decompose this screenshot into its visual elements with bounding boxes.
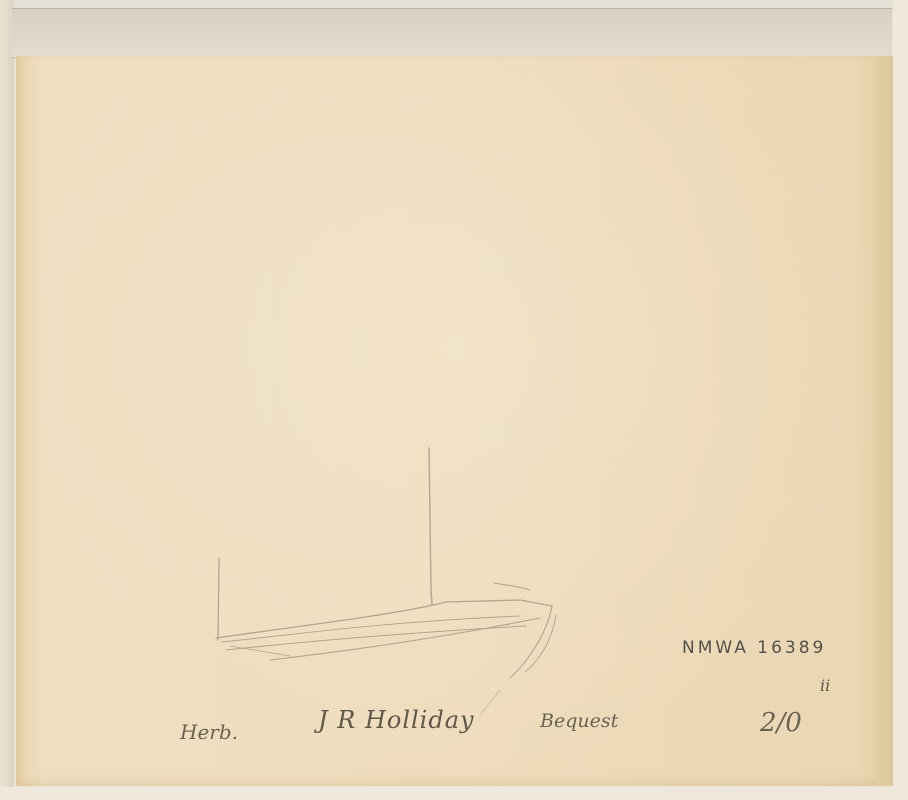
scanned-artwork: NMWA 16389 ii 2/0 Herb. J R Holliday Beq…: [0, 0, 908, 800]
mount-bottom-edge: [0, 787, 908, 800]
price-mark: 2/0: [760, 708, 802, 738]
inscription-bequest: Bequest: [540, 710, 618, 732]
corner-mark: ii: [820, 676, 830, 695]
inscription-herb: Herb.: [180, 720, 238, 744]
paper-right-edge: [876, 56, 894, 786]
mount-right-edge: [893, 0, 908, 800]
inscription-holliday: J R Holliday: [318, 706, 475, 734]
paper-sheet: [16, 56, 892, 786]
hinge-tape: [12, 8, 892, 58]
accession-number: NMWA 16389: [682, 638, 826, 658]
mount-left-edge: [0, 0, 14, 800]
